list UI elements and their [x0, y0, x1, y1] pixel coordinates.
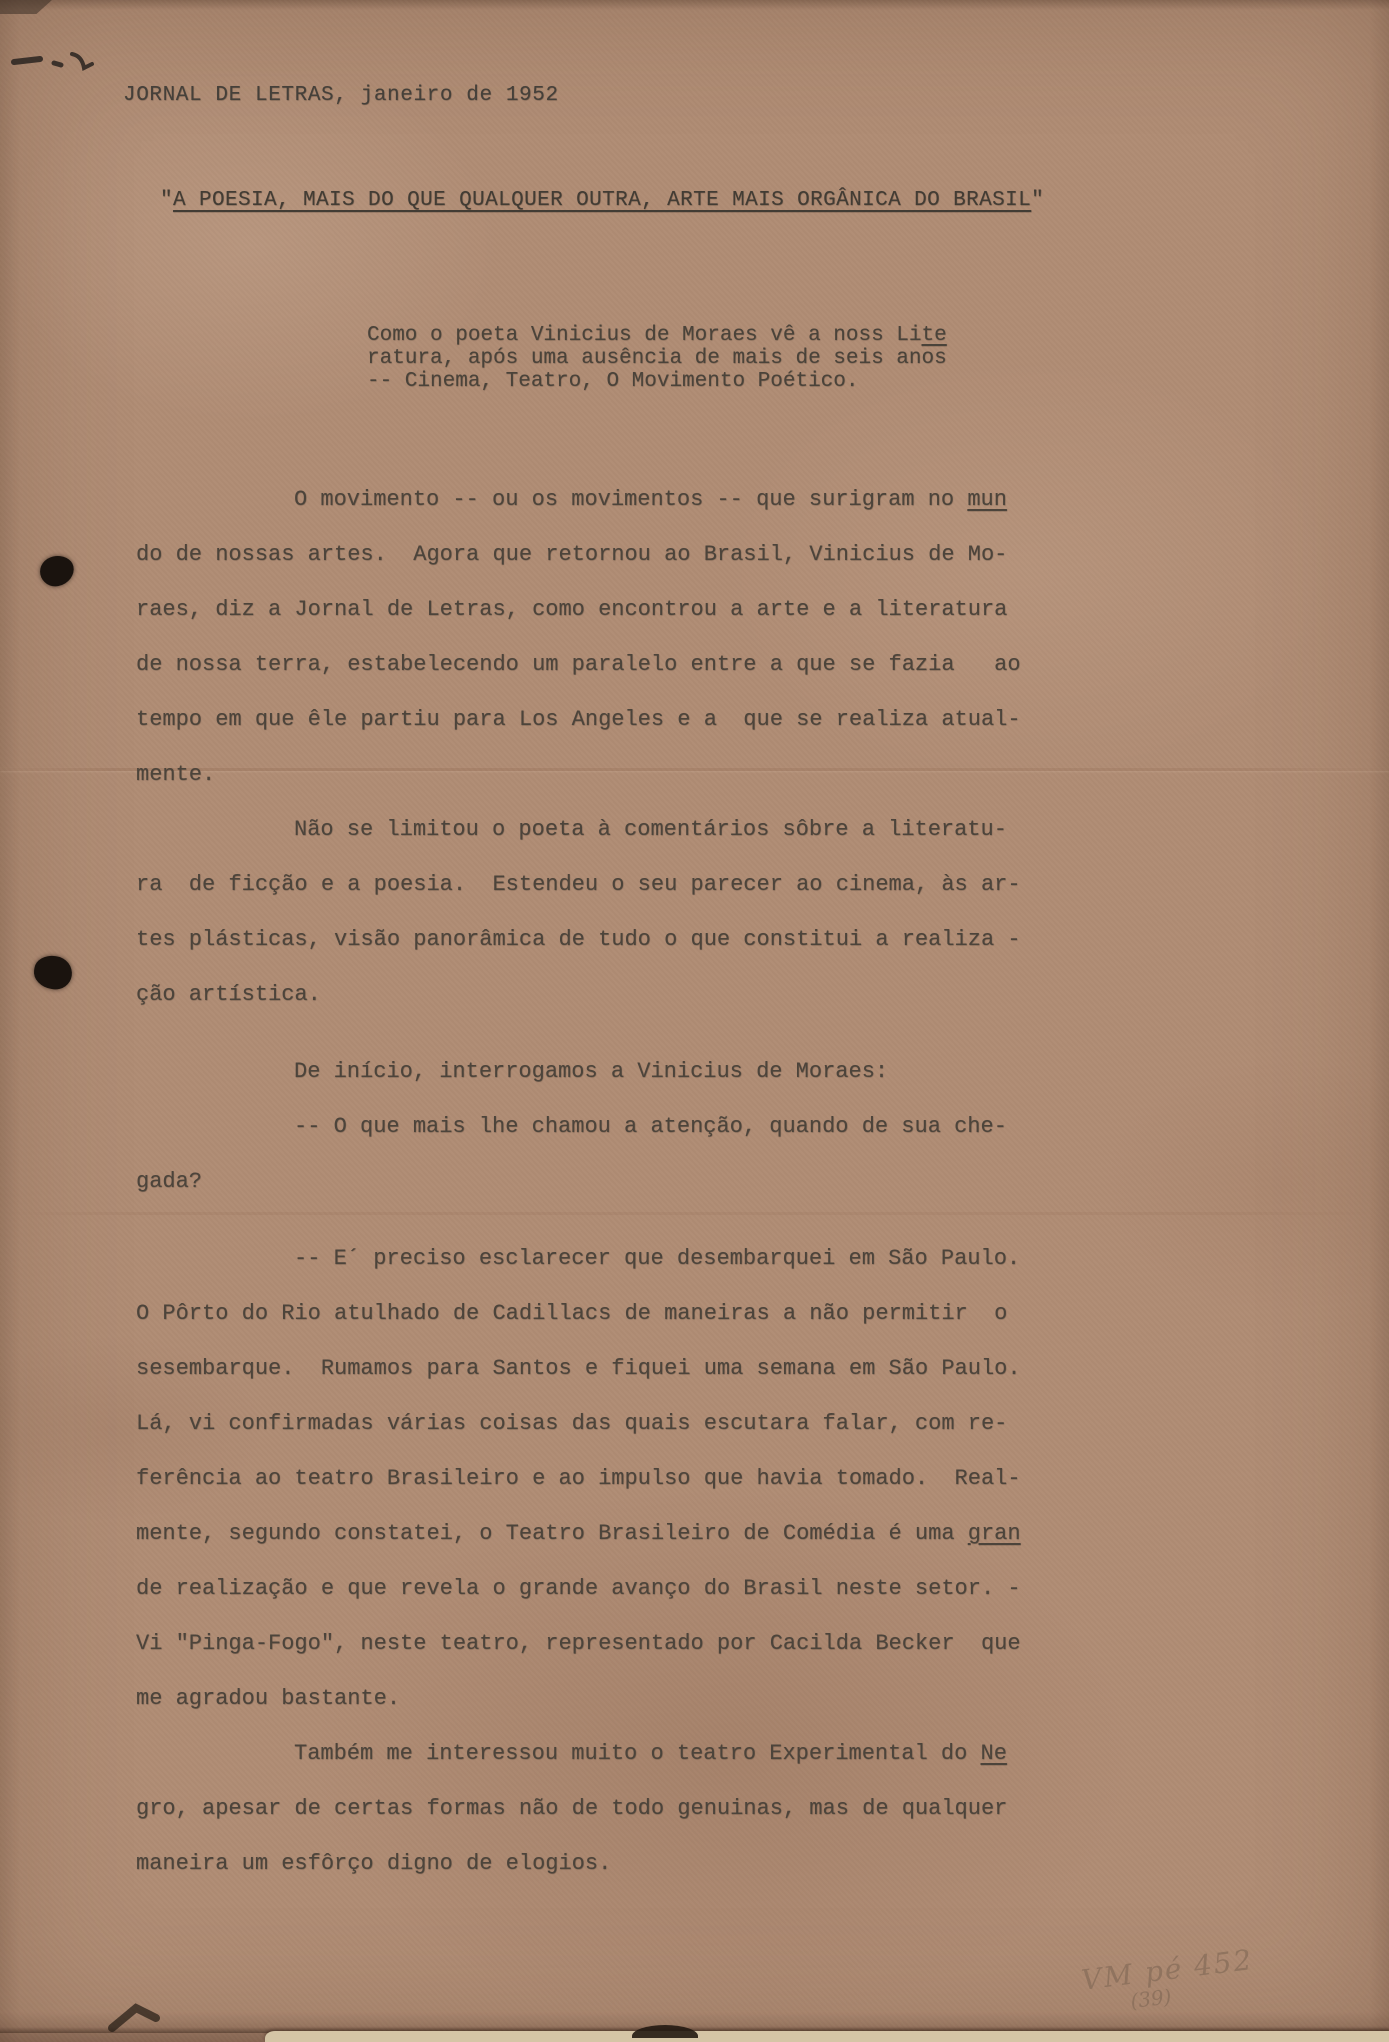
typed-text: raes, diz a Jornal de Letras, como encon…	[136, 597, 1007, 622]
typed-line: mente, segundo constatei, o Teatro Brasi…	[136, 1506, 1146, 1561]
typed-text: -- E´ preciso esclarecer que desembarque…	[294, 1246, 1020, 1271]
typed-text: ratura, após uma ausência de mais de sei…	[367, 347, 947, 370]
journal-header: JORNAL DE LETRAS, janeiro de 1952	[123, 84, 559, 107]
typed-line: Lá, vi confirmadas várias coisas das qua…	[136, 1396, 1146, 1451]
subtitle-block: Como o poeta Vinicius de Moraes vê a nos…	[367, 324, 947, 393]
typed-line: -- O que mais lhe chamou a atenção, quan…	[136, 1099, 1146, 1154]
typed-text: Também me interessou muito o teatro Expe…	[294, 1741, 981, 1766]
corner-ink-mark	[106, 1998, 162, 2034]
typed-text: sesembarque. Rumamos para Santos e fique…	[136, 1356, 1021, 1381]
typed-text: tempo em que êle partiu para Los Angeles…	[136, 707, 1021, 732]
underlined-text: mun	[967, 487, 1007, 512]
typed-text: do de nossas artes. Agora que retornou a…	[136, 542, 1007, 567]
typed-text: me agradou bastante.	[136, 1686, 400, 1711]
typed-text: Vi "Pinga-Fogo", neste teatro, represent…	[136, 1631, 1021, 1656]
typed-text: gro, apesar de certas formas não de todo…	[136, 1796, 1007, 1821]
backing-surface-strip	[265, 2031, 1389, 2042]
punch-hole	[32, 954, 74, 992]
typed-text: de realização e que revela o grande avan…	[136, 1576, 1021, 1601]
typed-text: O Pôrto do Rio atulhado de Cadillacs de …	[136, 1301, 1007, 1326]
typed-line: sesembarque. Rumamos para Santos e fique…	[136, 1341, 1146, 1396]
handwritten-note: VM pé 452 (39)	[1080, 1932, 1345, 2018]
typed-line: O Pôrto do Rio atulhado de Cadillacs de …	[136, 1286, 1146, 1341]
typed-line: ra de ficção e a poesia. Estendeu o seu …	[136, 857, 1146, 912]
typed-line: de nossa terra, estabelecendo um paralel…	[136, 637, 1146, 692]
article-body: O movimento -- ou os movimentos -- que s…	[136, 472, 1146, 1891]
typed-line: De início, interrogamos a Vinicius de Mo…	[136, 1044, 1146, 1099]
typed-line: do de nossas artes. Agora que retornou a…	[136, 527, 1146, 582]
typed-text: maneira um esfôrço digno de elogios.	[136, 1851, 611, 1876]
underlined-text: te	[922, 324, 947, 347]
title-open-quote: "	[160, 189, 173, 212]
typed-text: O movimento -- ou os movimentos -- que s…	[294, 487, 967, 512]
typed-text: Não se limitou o poeta à comentários sôb…	[294, 817, 1007, 842]
punch-hole	[37, 553, 76, 589]
typed-line: -- E´ preciso esclarecer que desembarque…	[136, 1231, 1146, 1286]
underlined-text: Ne	[981, 1741, 1007, 1766]
typed-line: me agradou bastante.	[136, 1671, 1146, 1726]
typed-text: Como o poeta Vinicius de Moraes vê a nos…	[367, 324, 922, 347]
typescript-page: JORNAL DE LETRAS, janeiro de 1952 "A POE…	[0, 0, 1389, 2042]
typed-line: ção artística.	[136, 967, 1146, 1022]
typed-line: tes plásticas, visão panorâmica de tudo …	[136, 912, 1146, 967]
typed-text: -- Cinema, Teatro, O Movimento Poético.	[367, 370, 858, 393]
typed-line: maneira um esfôrço digno de elogios.	[136, 1836, 1146, 1891]
typed-line: de realização e que revela o grande avan…	[136, 1561, 1146, 1616]
typed-text: De início, interrogamos a Vinicius de Mo…	[294, 1059, 888, 1084]
typed-text: -- O que mais lhe chamou a atenção, quan…	[294, 1114, 1007, 1139]
typed-text: ferência ao teatro Brasileiro e ao impul…	[136, 1466, 1021, 1491]
typed-text: mente.	[136, 762, 215, 787]
pen-scribble-mark	[10, 46, 110, 82]
typed-text: Lá, vi confirmadas várias coisas das qua…	[136, 1411, 1007, 1436]
typed-line: Vi "Pinga-Fogo", neste teatro, represent…	[136, 1616, 1146, 1671]
typed-text: ra de ficção e a poesia. Estendeu o seu …	[136, 872, 1021, 897]
typed-line: ratura, após uma ausência de mais de sei…	[367, 347, 947, 370]
typed-text: gada?	[136, 1169, 202, 1194]
article-title: "A POESIA, MAIS DO QUE QUALQUER OUTRA, A…	[108, 166, 1044, 235]
typed-line: O movimento -- ou os movimentos -- que s…	[136, 472, 1146, 527]
typed-line: gada?	[136, 1154, 1146, 1209]
typed-line: raes, diz a Jornal de Letras, como encon…	[136, 582, 1146, 637]
typed-text: mente, segundo constatei, o Teatro Brasi…	[136, 1521, 968, 1546]
typed-line: Como o poeta Vinicius de Moraes vê a nos…	[367, 324, 947, 347]
title-close-quote: "	[1031, 189, 1044, 212]
typed-line: gro, apesar de certas formas não de todo…	[136, 1781, 1146, 1836]
typed-text: de nossa terra, estabelecendo um paralel…	[136, 652, 1021, 677]
typed-line: mente.	[136, 747, 1146, 802]
typed-line: tempo em que êle partiu para Los Angeles…	[136, 692, 1146, 747]
typed-line: Não se limitou o poeta à comentários sôb…	[136, 802, 1146, 857]
underlined-text: gran	[968, 1521, 1021, 1546]
typed-text: tes plásticas, visão panorâmica de tudo …	[136, 927, 1021, 952]
paper-corner-shadow	[0, 0, 52, 14]
typed-line: ferência ao teatro Brasileiro e ao impul…	[136, 1451, 1146, 1506]
typed-line: -- Cinema, Teatro, O Movimento Poético.	[367, 370, 947, 393]
typed-text: ção artística.	[136, 982, 321, 1007]
typed-line: Também me interessou muito o teatro Expe…	[136, 1726, 1146, 1781]
title-text: A POESIA, MAIS DO QUE QUALQUER OUTRA, AR…	[173, 189, 1031, 212]
